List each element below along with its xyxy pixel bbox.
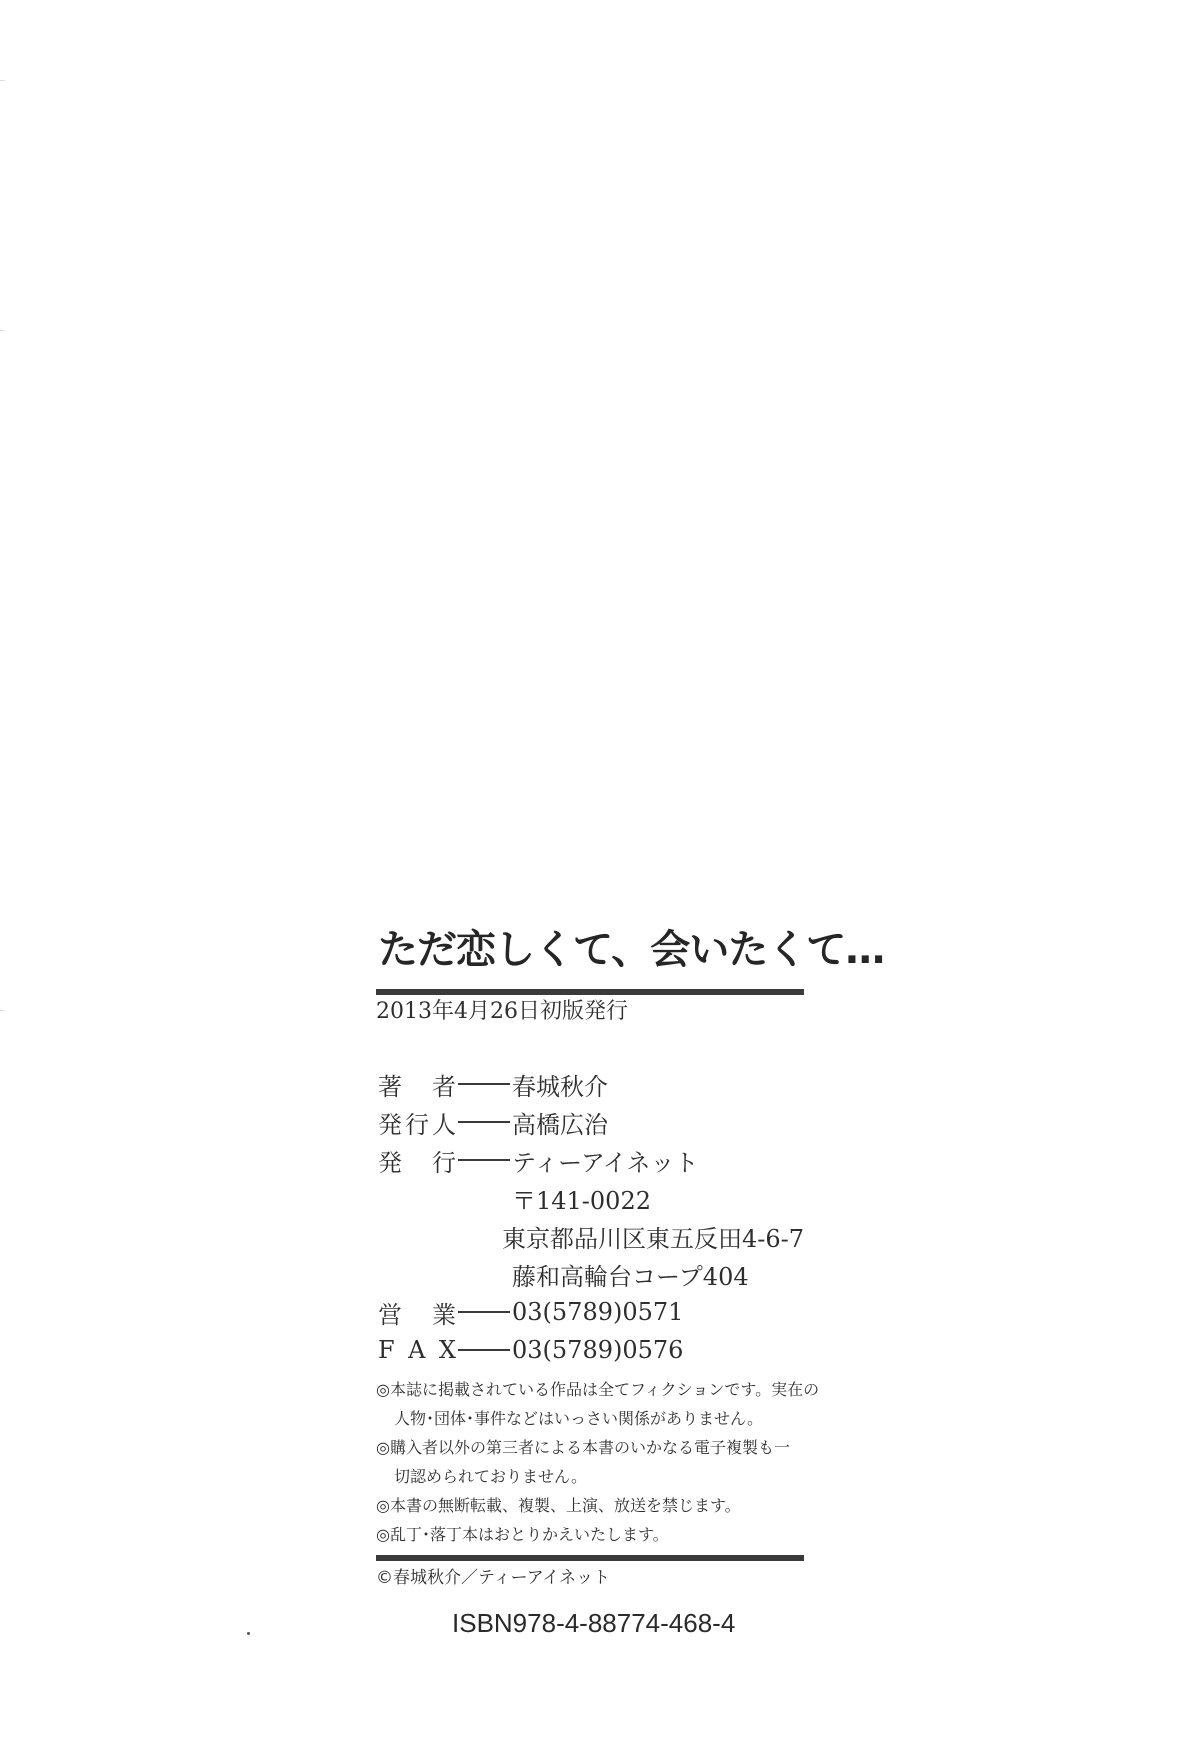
scan-artifact: [0, 330, 5, 331]
credit-label: 営 業: [376, 1295, 456, 1330]
notice-defects: ◎乱丁･落丁本はおとりかえいたします。: [376, 1520, 804, 1549]
credit-label: F A X: [376, 1336, 456, 1364]
issuer-name: 高橋広治: [512, 1105, 608, 1140]
colophon-block: ただ恋しくて、会いたくて… 2013年4月26日初版発行 著 者 春城秋介 発 …: [376, 925, 804, 1643]
notice-fiction: ◎本誌に掲載されている作品は全てフィクションです。実在の 人物･団体･事件などは…: [376, 1375, 804, 1433]
address-building-row: 藤和高輪台コープ404: [376, 1255, 804, 1293]
notice-digital-copy: ◎購入者以外の第三者による本書のいかなる電子複製も一 切認められておりません。: [376, 1433, 804, 1491]
fax-number: 03(5789)0576: [512, 1336, 683, 1364]
author-name: 春城秋介: [512, 1067, 608, 1102]
dash-separator: [458, 1083, 510, 1085]
credit-row-fax: F A X 03(5789)0576: [376, 1331, 804, 1369]
scan-artifact: [0, 80, 5, 81]
postal-code: 〒141-0022: [512, 1181, 651, 1216]
book-title: ただ恋しくて、会いたくて…: [378, 925, 804, 975]
colophon-page: ただ恋しくて、会いたくて… 2013年4月26日初版発行 著 者 春城秋介 発 …: [0, 0, 1200, 1752]
credits-list: 著 者 春城秋介 発 行 人 高橋広治 発 行: [376, 1065, 804, 1369]
isbn: ISBN978-4-88774-468-4: [376, 1603, 804, 1643]
street-address: 東京都品川区東五反田4-6-7: [502, 1219, 804, 1254]
top-rule: [376, 989, 804, 995]
credit-row-author: 著 者 春城秋介: [376, 1065, 804, 1103]
publication-date: 2013年4月26日初版発行: [376, 997, 804, 1027]
scan-artifact: [0, 1010, 5, 1011]
credit-label: 著 者: [376, 1067, 456, 1102]
legal-notices: ◎本誌に掲載されている作品は全てフィクションです。実在の 人物･団体･事件などは…: [376, 1375, 804, 1549]
notice-reproduction: ◎本書の無断転載、複製、上演、放送を禁じます。: [376, 1491, 804, 1520]
building-name: 藤和高輪台コープ404: [512, 1257, 749, 1292]
address-street-row: 東京都品川区東五反田4-6-7: [376, 1217, 804, 1255]
credit-row-issuer: 発 行 人 高橋広治: [376, 1103, 804, 1141]
publisher-name: ティーアイネット: [512, 1143, 698, 1178]
address-postal-row: 〒141-0022: [376, 1179, 804, 1217]
dash-separator: [458, 1311, 510, 1313]
credit-label: 発 行: [376, 1143, 456, 1178]
copyright-line: ©春城秋介／ティーアイネット: [376, 1561, 804, 1595]
credit-row-publisher: 発 行 ティーアイネット: [376, 1141, 804, 1179]
credit-row-sales: 営 業 03(5789)0571: [376, 1293, 804, 1331]
scan-speck: [247, 1632, 250, 1635]
dash-separator: [458, 1159, 510, 1161]
dash-separator: [458, 1121, 510, 1123]
dash-separator: [458, 1349, 510, 1351]
sales-phone: 03(5789)0571: [512, 1298, 683, 1326]
credit-label: 発 行 人: [376, 1105, 456, 1140]
